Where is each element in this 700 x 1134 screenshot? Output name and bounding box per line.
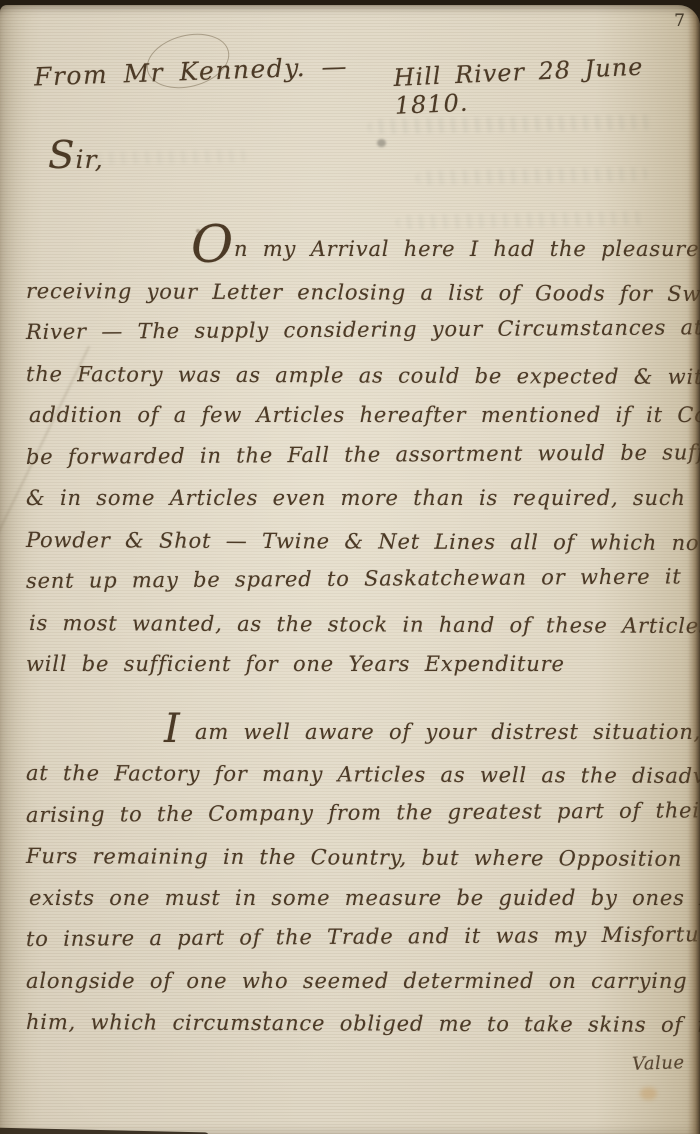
ink-fleck-stain	[377, 139, 386, 147]
manuscript-line: arising to the Company from the greatest…	[26, 790, 696, 836]
foxing-stain	[640, 1087, 657, 1100]
manuscript-line: the Factory was as ample as could be exp…	[26, 354, 696, 398]
manuscript-page: 7 From Mr Kennedy. — Hill River 28 June …	[0, 5, 700, 1134]
paragraph: On my Arrival here I had the pleasure of…	[26, 229, 696, 686]
manuscript-line: will be sufficient for one Years Expendi…	[26, 644, 696, 686]
manuscript-line: I am well aware of your distrest situati…	[26, 712, 696, 754]
show-through-text	[416, 167, 648, 185]
manuscript-line: addition of a few Articles hereafter men…	[29, 395, 696, 437]
letter-body: On my Arrival here I had the pleasure of…	[26, 229, 696, 1044]
catchword: Value	[632, 1052, 685, 1075]
manuscript-line: alongside of one who seemed determined o…	[26, 961, 696, 1003]
manuscript-line: Furs remaining in the Country, but where…	[26, 836, 696, 880]
manuscript-line: & in some Articles even more than is req…	[26, 478, 696, 520]
salutation: Sir,	[48, 145, 104, 174]
manuscript-line: to insure a part of the Trade and it was…	[26, 914, 696, 960]
header-from: From Mr Kennedy. —	[34, 52, 349, 92]
manuscript-line: On my Arrival here I had the pleasure of	[26, 229, 696, 271]
manuscript-line: River — The supply considering your Circ…	[26, 307, 696, 353]
manuscript-line: exists one must in some measure be guide…	[29, 878, 696, 920]
page-number: 7	[674, 11, 686, 31]
header-dateline: Hill River 28 June 1810.	[393, 50, 700, 120]
manuscript-line: is most wanted, as the stock in hand of …	[29, 603, 696, 647]
manuscript-line: be forwarded in the Fall the assortment …	[26, 432, 696, 478]
paragraph: I am well aware of your distrest situati…	[26, 712, 696, 1044]
page-edge-bottom-left	[0, 1128, 209, 1134]
show-through-text	[396, 211, 648, 229]
manuscript-line: sent up may be spared to Saskatchewan or…	[26, 556, 696, 602]
manuscript-line: him, which circumstance obliged me to ta…	[26, 1002, 696, 1046]
